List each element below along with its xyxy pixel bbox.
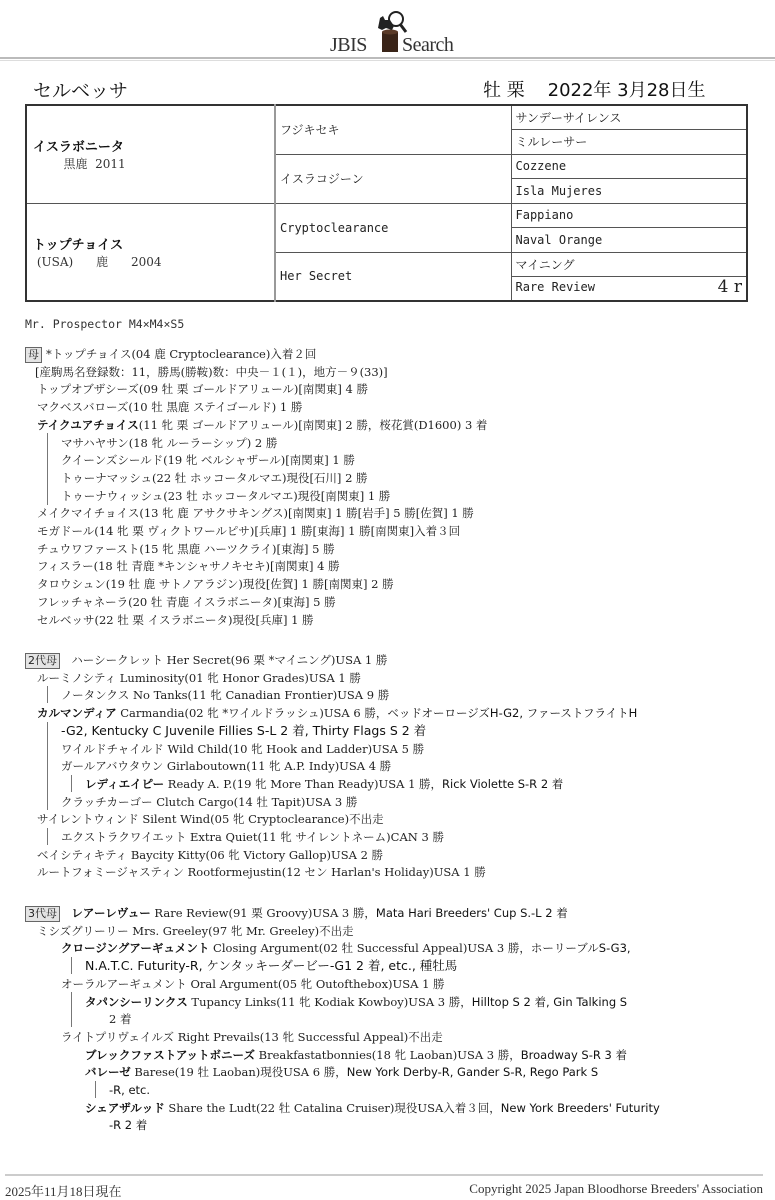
family-line[interactable]: ブレックファストアットボニーズ Breakfastatbonnies(18 牝 … [85, 1046, 627, 1064]
family-line[interactable]: タロウシュン(19 牡 鹿 サトノアラジン)現役[佐賀] 1 勝[南関東] 2 … [37, 575, 394, 593]
family-line[interactable]: マサハヤサン(18 牝 ルーラーシップ) 2 勝 [61, 434, 277, 452]
pedigree-g3-7[interactable]: マイニング [511, 252, 747, 277]
tree-connector [71, 775, 72, 792]
pedigree-table: イスラボニータ 黒鹿 2011 フジキセキ サンデーサイレンス ミルレーサー イ… [25, 104, 748, 302]
horse-title-row: セルベッサ 牡 栗 2022年 3月28日生 [0, 74, 775, 104]
family-line[interactable]: トゥーナマッシュ(22 牡 ホッコータルマエ)現役[石川] 2 勝 [61, 469, 368, 487]
logo-text-jbis: JBIS [330, 34, 367, 57]
pedigree-dam[interactable]: トップチョイス (USA) 鹿 2004 [26, 203, 275, 301]
section-tag-3rd-dam: 3代母 [25, 906, 60, 922]
footer-copyright: Copyright 2025 Japan Bloodhorse Breeders… [469, 1181, 763, 1197]
family-line[interactable]: トップオブザシーズ(09 牡 栗 ゴールドアリュール)[南関東] 4 勝 [37, 380, 368, 398]
family-line[interactable]: トゥーナウィッシュ(23 牡 ホッコータルマエ)現役[南関東] 1 勝 [61, 487, 390, 505]
tree-connector [71, 992, 72, 1027]
family-number: 4 r [718, 277, 742, 297]
tree-connector [95, 1081, 96, 1098]
sire-details: 黒鹿 2011 [33, 155, 274, 172]
dam-name: トップチョイス [33, 234, 274, 253]
family-line[interactable]: カルマンディア Carmandia(02 牝 *ワイルドラッシュ)USA 6 勝… [37, 704, 637, 722]
sire-name: イスラボニータ [33, 136, 274, 155]
dam-details: (USA) 鹿 2004 [33, 253, 274, 270]
pedigree-sire-sire[interactable]: フジキセキ [275, 105, 511, 154]
family-line: [産駒馬名登録数：11，勝馬(勝鞍)数：中央－１(１)，地方－９(33)] [35, 363, 388, 381]
family-line-continued: -G2, Kentucky C Juvenile Fillies S-L 2 着… [61, 722, 426, 740]
family-line[interactable]: クイーンズシールド(19 牝 ベルシャザール)[南関東] 1 勝 [61, 451, 355, 469]
tree-connector [47, 828, 48, 845]
family-line[interactable]: セルベッサ(22 牡 栗 イスラボニータ)現役[兵庫] 1 勝 [37, 611, 314, 629]
family-line[interactable]: マクベスバローズ(10 牡 黒鹿 ステイゴールド) 1 勝 [37, 398, 302, 416]
pedigree-sire-dam[interactable]: イスラコジーン [275, 154, 511, 203]
pedigree-g3-5[interactable]: Fappiano [511, 203, 747, 228]
pedigree-g3-1[interactable]: サンデーサイレンス [511, 105, 747, 130]
family-line[interactable]: オーラルアーギュメント Oral Argument(05 牝 Outoftheb… [61, 975, 445, 993]
family-line[interactable]: ベイシティキティ Baycity Kitty(06 牝 Victory Gall… [37, 846, 383, 864]
horse-birthdate: 2022年 3月28日生 [548, 80, 706, 101]
family-line[interactable]: フィスラー(18 牡 青鹿 *キンシャサノキセキ)[南関東] 4 勝 [37, 557, 340, 575]
family-line[interactable]: メイクマイチョイス(13 牝 鹿 アサクサキングス)[南関東] 1 勝[岩手] … [37, 504, 474, 522]
family-line-continued: -R 2 着 [109, 1116, 147, 1134]
jbis-search-logo[interactable]: JBIS Search [330, 8, 460, 56]
family-line[interactable]: ワイルドチャイルド Wild Child(10 牝 Hook and Ladde… [61, 740, 424, 758]
pedigree-sire[interactable]: イスラボニータ 黒鹿 2011 [26, 105, 275, 203]
pedigree-g3-8-name: Rare Review [516, 280, 595, 294]
horse-sex: 牡 [483, 80, 501, 101]
pedigree-g3-3[interactable]: Cozzene [511, 154, 747, 179]
section-tag-2nd-dam: 2代母 [25, 653, 60, 669]
family-line[interactable]: クロージングアーギュメント Closing Argument(02 牡 Succ… [61, 939, 631, 957]
family-line[interactable]: レディエイピー Ready A. P.(19 牝 More Than Ready… [85, 775, 563, 793]
family-line: 2代母 ハーシークレット Her Secret(96 栗 *マイニング)USA … [25, 651, 387, 669]
family-line[interactable]: ガールアバウタウン Girlaboutown(11 牝 A.P. Indy)US… [61, 757, 391, 775]
footer-divider [5, 1174, 763, 1176]
horse-name: セルベッサ [33, 76, 128, 103]
tree-connector [71, 957, 72, 974]
family-line[interactable]: ミシズグリーリー Mrs. Greeley(97 牝 Mr. Greeley)不… [37, 922, 354, 940]
tree-connector [47, 433, 48, 505]
family-line[interactable]: タパンシーリンクス Tupancy Links(11 牝 Kodiak Kowb… [85, 993, 627, 1011]
pedigree-g3-4[interactable]: Isla Mujeres [511, 179, 747, 204]
pedigree-dam-sire[interactable]: Cryptoclearance [275, 203, 511, 252]
family-line-continued: 2 着 [109, 1010, 131, 1028]
family-line[interactable]: モガドール(14 牝 栗 ヴィクトワールピサ)[兵庫] 1 勝[東海] 1 勝[… [37, 522, 460, 540]
pedigree-dam-dam[interactable]: Her Secret [275, 252, 511, 301]
family-line: 3代母 レアーレヴュー Rare Review(91 栗 Groovy)USA … [25, 904, 568, 922]
section-tag-dam: 母 [25, 347, 42, 363]
pedigree-g3-8[interactable]: Rare Review 4 r [511, 277, 747, 302]
family-line-continued: -R, etc. [109, 1081, 150, 1099]
family-line[interactable]: フレッチャネーラ(20 牡 青鹿 イスラボニータ)[東海] 5 勝 [37, 593, 336, 611]
family-line[interactable]: クラッチカーゴー Clutch Cargo(14 牡 Tapit)USA 3 勝 [61, 793, 357, 811]
footer-date: 2025年11月18日現在 [5, 1181, 122, 1200]
family-line-continued: N.A.T.C. Futurity-R, ケンタッキーダービー-G1 2 着, … [85, 957, 457, 975]
inbreeding-info: Mr. Prospector M4×M4×S5 [25, 317, 184, 331]
family-line[interactable]: シェアザルッド Share the Ludt(22 牡 Catalina Cru… [85, 1099, 660, 1117]
family-line: 母*トップチョイス(04 鹿 Cryptoclearance)入着２回 [25, 345, 316, 363]
logo-text-search: Search [402, 34, 453, 57]
family-line[interactable]: ノータンクス No Tanks(11 牝 Canadian Frontier)U… [61, 686, 389, 704]
family-line[interactable]: テイクユアチョイス(11 牝 栗 ゴールドアリュール)[南関東] 2 勝，桜花賞… [37, 416, 487, 434]
pedigree-g3-6[interactable]: Naval Orange [511, 228, 747, 253]
horse-color: 栗 [507, 80, 525, 101]
family-line[interactable]: ルーミノシティ Luminosity(01 牝 Honor Grades)USA… [37, 669, 361, 687]
tree-connector [47, 722, 48, 810]
pedigree-g3-2[interactable]: ミルレーサー [511, 130, 747, 155]
family-line[interactable]: バレーゼ Barese(19 牡 Laoban)現役USA 6 勝，New Yo… [85, 1063, 598, 1081]
family-line[interactable]: チュウワファースト(15 牝 黒鹿 ハーツクライ)[東海] 5 勝 [37, 540, 335, 558]
family-line[interactable]: サイレントウィンド Silent Wind(05 牝 Cryptoclearan… [37, 810, 384, 828]
horse-info: 牡 栗 2022年 3月28日生 [483, 76, 706, 102]
family-line[interactable]: ルートフォミージャスティン Rootformejustin(12 セン Harl… [37, 863, 486, 881]
family-line[interactable]: ライトプリヴェイルズ Right Prevails(13 牝 Successfu… [61, 1028, 443, 1046]
tree-connector [47, 686, 48, 703]
header-divider [0, 57, 775, 59]
family-line[interactable]: エクストラクワイエット Extra Quiet(11 牝 サイレントネーム)CA… [61, 828, 444, 846]
site-header: JBIS Search [0, 0, 775, 62]
header-divider-light [0, 60, 775, 61]
